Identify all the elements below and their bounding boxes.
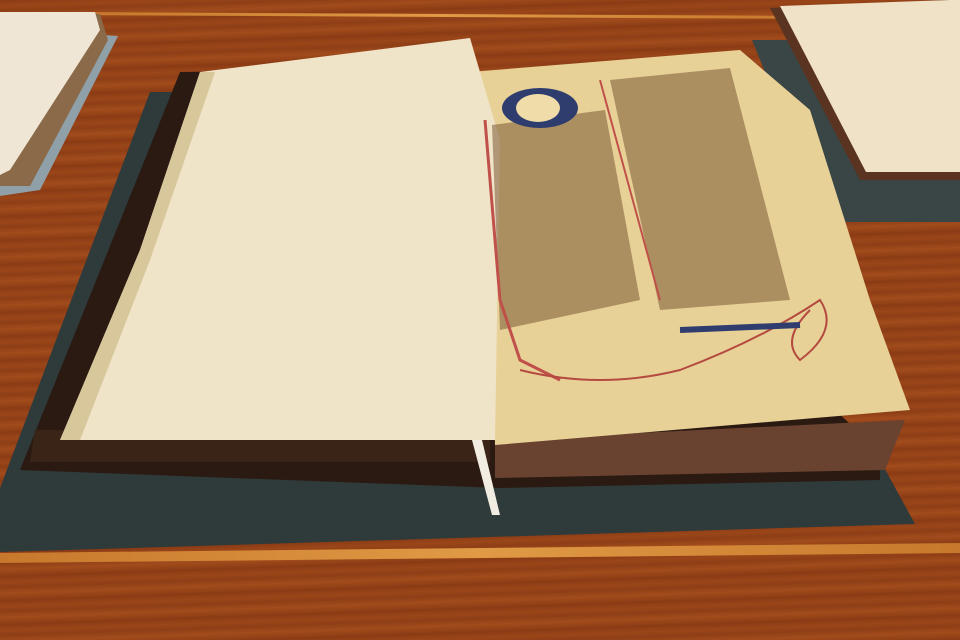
manuscript-photo [0, 0, 960, 640]
left-background-book [0, 12, 118, 196]
